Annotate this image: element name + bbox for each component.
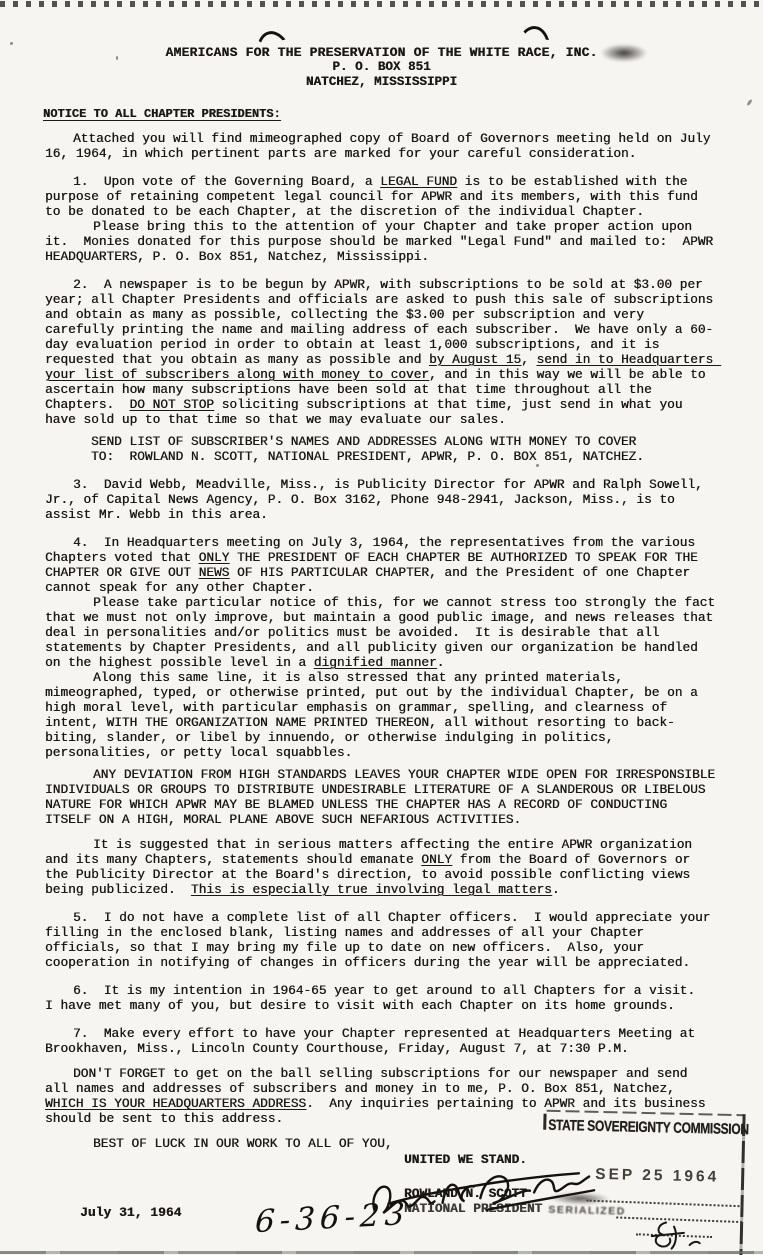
- organization-name: AMERICANS FOR THE PRESERVATION OF THE WH…: [0, 45, 763, 60]
- underlined-text: dignified manner: [314, 655, 437, 670]
- underlined-text: DO NOT STOP: [129, 397, 213, 412]
- letter-body: Attached you will find mimeographed copy…: [45, 131, 718, 1151]
- signer-title: NATIONAL PRESIDENT: [404, 1201, 542, 1216]
- text-run: .: [437, 655, 445, 670]
- text-run: Please bring this to the attention of yo…: [45, 219, 721, 264]
- text-run: ,: [521, 352, 536, 367]
- text-run: .: [552, 882, 560, 897]
- stamp-border-left: [543, 1114, 546, 1130]
- stamp-date: SEP 25 1964: [595, 1166, 747, 1187]
- handwritten-file-number: 6-36-23: [254, 1196, 410, 1240]
- noise-speck: [746, 99, 752, 106]
- underlined-text: by August 15: [429, 352, 521, 367]
- underlined-text: NEWS: [199, 565, 230, 580]
- text-run: TO: ROWLAND N. SCOTT, NATIONAL PRESIDENT…: [91, 449, 644, 464]
- ink-smudge: [601, 44, 647, 62]
- underlined-text: LEGAL FUND: [380, 174, 457, 189]
- stamp-serial-label: SERIALIZED: [548, 1204, 626, 1218]
- sovereignty-commission-stamp: STATE SOVEREIGNTY COMMISSION SEP 25 1964…: [543, 1112, 748, 1255]
- text-run: 1. Upon vote of the Governing Board, a: [73, 174, 380, 189]
- paragraph: Along this same line, it is also stresse…: [45, 670, 718, 760]
- paragraph: TO: ROWLAND N. SCOTT, NATIONAL PRESIDENT…: [91, 449, 718, 464]
- paragraph: 7. Make every effort to have your Chapte…: [45, 1026, 718, 1056]
- text-run: Attached you will find mimeographed copy…: [45, 131, 718, 161]
- text-run: ANY DEVIATION FROM HIGH STANDARDS LEAVES…: [45, 767, 723, 827]
- stamp-border-top: [547, 1110, 745, 1116]
- paragraph: Please bring this to the attention of yo…: [45, 219, 718, 264]
- document-page: AMERICANS FOR THE PRESERVATION OF THE WH…: [0, 0, 763, 1255]
- paragraph: ANY DEVIATION FROM HIGH STANDARDS LEAVES…: [45, 767, 718, 827]
- scan-edge-dots: [0, 1, 763, 7]
- address-line-1: P. O. BOX 851: [0, 60, 763, 75]
- paragraph: 1. Upon vote of the Governing Board, a L…: [45, 174, 718, 219]
- paragraph: It is suggested that in serious matters …: [45, 837, 718, 897]
- paragraph: 6. It is my intention in 1964-65 year to…: [45, 983, 718, 1013]
- text-run: 6. It is my intention in 1964-65 year to…: [45, 983, 710, 1013]
- scan-edge-line: [0, 1251, 763, 1254]
- letterhead: AMERICANS FOR THE PRESERVATION OF THE WH…: [0, 0, 763, 90]
- underlined-text: This is especially true involving legal …: [191, 882, 552, 897]
- paragraph: 5. I do not have a complete list of all …: [45, 910, 718, 970]
- noise-speck: [116, 56, 118, 60]
- text-run: 3. David Webb, Meadville, Miss., is Publ…: [45, 477, 710, 522]
- paragraph: 4. In Headquarters meeting on July 3, 19…: [45, 535, 718, 595]
- united-we-stand-line: UNITED WE STAND.: [404, 1152, 527, 1167]
- text-run: Along this same line, it is also stresse…: [45, 670, 705, 760]
- paragraph: Attached you will find mimeographed copy…: [45, 131, 718, 161]
- text-run: 7. Make every effort to have your Chapte…: [45, 1026, 703, 1056]
- paragraph: 3. David Webb, Meadville, Miss., is Publ…: [45, 477, 718, 522]
- underlined-text: ONLY: [421, 852, 452, 867]
- paragraph: SEND LIST OF SUBSCRIBER'S NAMES AND ADDR…: [91, 434, 718, 449]
- handwritten-initials: [650, 1216, 703, 1251]
- letter-date: July 31, 1964: [80, 1205, 181, 1220]
- noise-speck: [536, 464, 539, 467]
- text-run: SEND LIST OF SUBSCRIBER'S NAMES AND ADDR…: [91, 434, 636, 449]
- stamp-title: STATE SOVEREIGNTY COMMISSION: [548, 1117, 749, 1139]
- signature-area: UNITED WE STAND. ROWLAND N. SCOTT NATION…: [0, 1108, 763, 1255]
- underlined-text: ONLY: [199, 550, 230, 565]
- paragraph: Please take particular notice of this, f…: [45, 595, 718, 670]
- text-run: DON'T FORGET to get on the ball selling …: [45, 1066, 695, 1096]
- address-line-2: NATCHEZ, MISSISSIPPI: [0, 75, 763, 90]
- paragraph: 2. A newspaper is to be begun by APWR, w…: [45, 277, 718, 427]
- noise-speck: [10, 42, 13, 45]
- notice-heading: NOTICE TO ALL CHAPTER PRESIDENTS:: [43, 107, 763, 121]
- signer-name: ROWLAND N. SCOTT: [404, 1186, 527, 1201]
- text-run: 5. I do not have a complete list of all …: [45, 910, 718, 970]
